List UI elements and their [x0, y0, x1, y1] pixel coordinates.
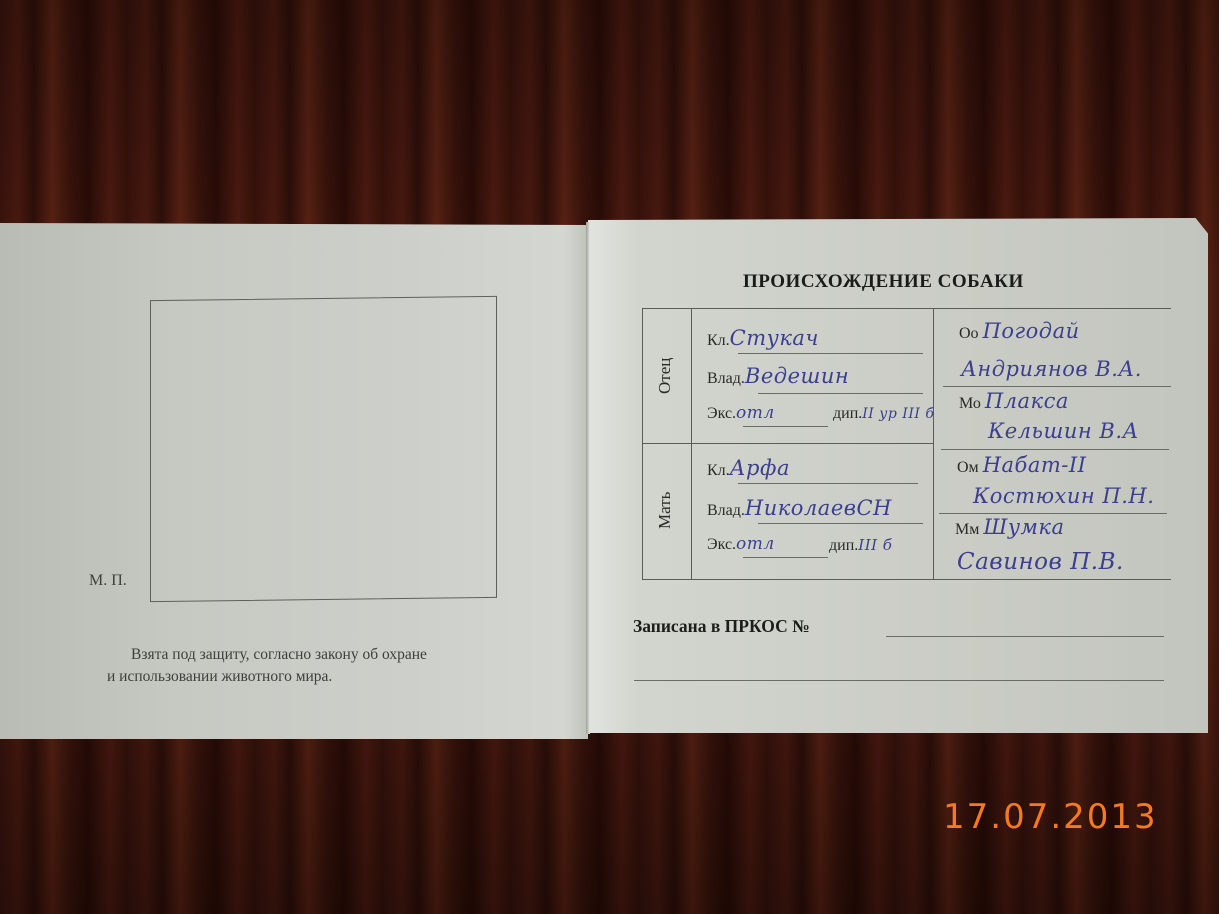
mother-diploma-field: дип.III б: [829, 536, 892, 555]
father-exhibit-label: Экс.: [707, 405, 736, 422]
table-divider: [933, 309, 934, 579]
protection-notice-line1: Взята под защиту, согласно закону об охр…: [107, 644, 537, 666]
grandparent-fm-name: Плакса: [985, 389, 1069, 413]
father-name-label: Кл.: [707, 332, 730, 349]
mother-name-value: Арфа: [730, 456, 790, 480]
mother-exhibit-value: отл: [736, 534, 775, 554]
grandparent-fm-label: Мо: [959, 395, 981, 412]
grandparent-mf-name: Набат-II: [983, 453, 1087, 477]
father-exhibit-field: Экс.отл: [707, 403, 775, 423]
underline: [941, 449, 1169, 450]
mother-name-field: Кл.Арфа: [707, 456, 790, 480]
page-title: ПРОИСХОЖДЕНИЕ СОБАКИ: [743, 271, 1024, 293]
father-side-label: Отец: [655, 354, 675, 394]
grandparent-mm-field: Мм Шумка: [955, 515, 1064, 539]
stamp-place-label: М. П.: [89, 572, 127, 590]
grandparent-ff-owner-field: Андриянов В.А.: [961, 357, 1142, 381]
grandparent-mf-owner-field: Костюхин П.Н.: [973, 484, 1154, 508]
mother-exhibit-label: Экс.: [707, 536, 736, 553]
underline: [743, 426, 828, 427]
mother-diploma-label: дип.: [829, 537, 858, 554]
mother-owner-field: Влад.НиколаевСН: [707, 496, 892, 520]
underline: [943, 386, 1171, 387]
grandparent-ff-name: Погодай: [983, 319, 1080, 343]
father-owner-value: Ведешин: [745, 364, 849, 388]
photo-box: [150, 296, 497, 602]
grandparent-mf-field: Ом Набат-II: [957, 453, 1086, 477]
father-exhibit-value: отл: [736, 403, 775, 423]
mother-owner-label: Влад.: [707, 502, 745, 519]
underline: [758, 393, 923, 394]
grandparent-mm-label: Мм: [955, 521, 979, 538]
grandparent-mf-owner: Костюхин П.Н.: [973, 484, 1154, 508]
grandparent-mm-owner-field: Савинов П.В.: [957, 549, 1124, 575]
grandparent-ff-field: Оо Погодай: [959, 319, 1080, 343]
underline: [743, 557, 828, 558]
registration-label: Записана в ПРКОС №: [633, 616, 810, 637]
pedigree-table: Отец Мать Кл.Стукач Влад.Ведешин Экс.отл…: [642, 308, 1171, 580]
protection-notice: Взята под защиту, согласно закону об охр…: [107, 644, 537, 688]
grandparent-ff-owner: Андриянов В.А.: [961, 357, 1142, 381]
mother-exhibit-field: Экс.отл: [707, 534, 775, 554]
grandparent-mf-label: Ом: [957, 459, 979, 476]
underline: [738, 483, 918, 484]
grandparent-mm-name: Шумка: [983, 515, 1064, 539]
mother-diploma-value: III б: [858, 536, 892, 554]
registration-extra-line: [634, 680, 1164, 681]
grandparent-ff-label: Оо: [959, 325, 979, 342]
mother-owner-value: НиколаевСН: [745, 496, 892, 520]
mother-side-label: Мать: [655, 489, 675, 529]
grandparent-fm-owner-field: Кельшин В.А: [988, 419, 1139, 443]
underline: [939, 513, 1167, 514]
father-diploma-field: дип.II ур III б: [833, 405, 934, 423]
father-owner-label: Влад.: [707, 370, 745, 387]
father-name-value: Стукач: [730, 326, 819, 350]
table-divider: [643, 443, 933, 444]
mother-name-label: Кл.: [707, 462, 730, 479]
book-spine: [586, 222, 590, 734]
table-divider: [691, 309, 692, 579]
camera-date-stamp: 17.07.2013: [943, 797, 1158, 837]
father-owner-field: Влад.Ведешин: [707, 364, 849, 388]
father-diploma-value: II ур III б: [862, 406, 934, 422]
father-name-field: Кл.Стукач: [707, 326, 819, 350]
protection-notice-line2: и использовании животного мира.: [107, 668, 332, 685]
grandparent-fm-owner: Кельшин В.А: [988, 419, 1139, 443]
registration-number-line: [886, 636, 1164, 637]
underline: [738, 353, 923, 354]
grandparent-fm-field: Мо Плакса: [959, 389, 1069, 413]
father-diploma-label: дип.: [833, 405, 862, 422]
grandparent-mm-owner: Савинов П.В.: [957, 549, 1124, 575]
underline: [758, 523, 923, 524]
